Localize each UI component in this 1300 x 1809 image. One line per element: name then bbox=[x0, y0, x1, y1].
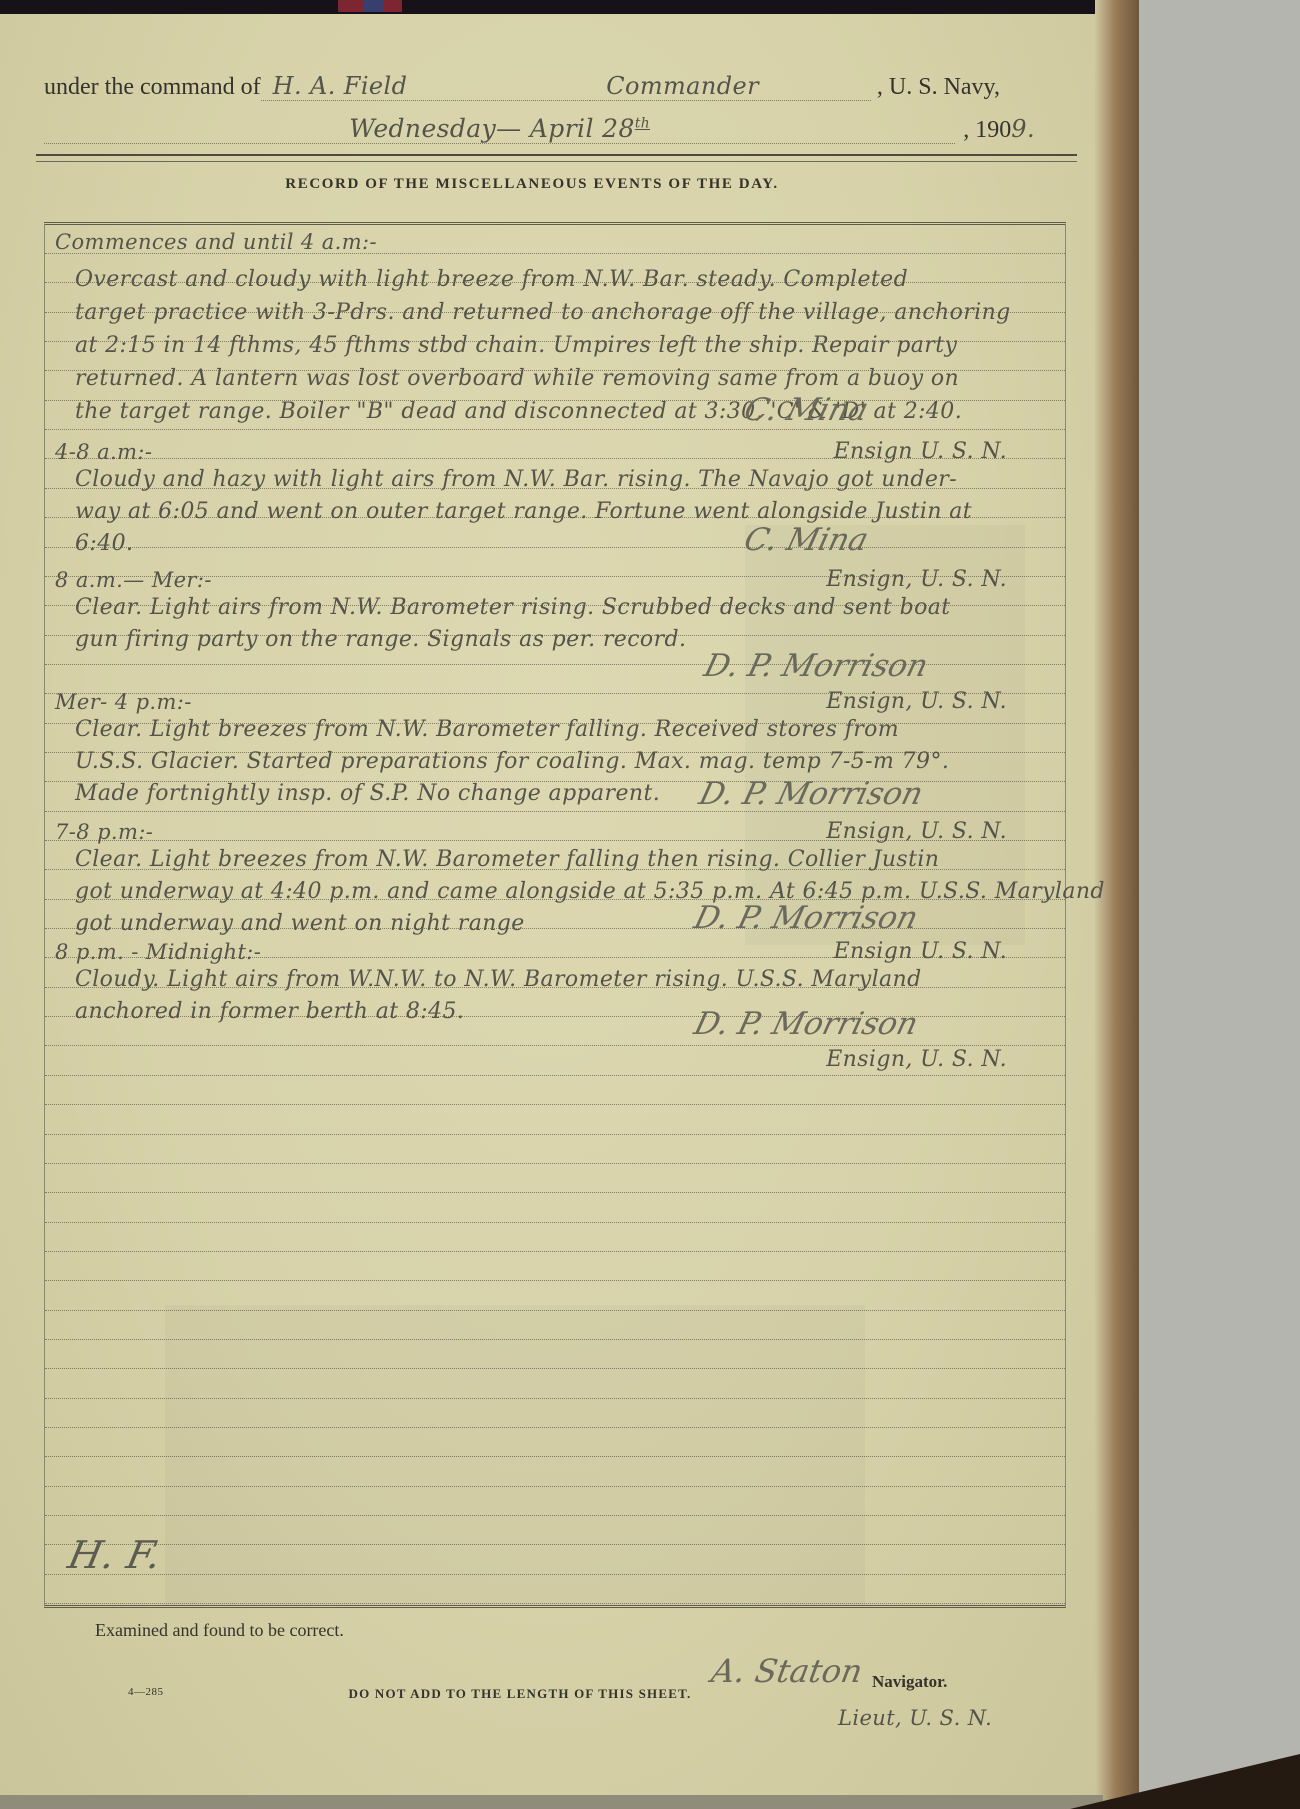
entry-header: 7-8 p.m:- Ensign, U. S. N. bbox=[55, 817, 1055, 847]
signature: D. P. Morrison bbox=[691, 1007, 922, 1041]
command-prefix-label: under the command of bbox=[44, 74, 261, 101]
entry-time-label: Commences and until 4 a.m:- bbox=[55, 227, 377, 257]
ruled-line bbox=[45, 1280, 1065, 1281]
ruled-line bbox=[45, 1192, 1065, 1193]
form-number: 4—285 bbox=[128, 1686, 164, 1698]
log-line: Cloudy. Light airs from W.N.W. to N.W. B… bbox=[75, 965, 1055, 995]
book-binding bbox=[0, 0, 1103, 14]
log-line: Clear. Light breezes from N.W. Barometer… bbox=[75, 845, 1055, 875]
signature: C. Mina bbox=[741, 393, 872, 427]
log-line: the target range. Boiler "B" dead and di… bbox=[75, 397, 1055, 427]
entry-time-label: 7-8 p.m:- bbox=[55, 817, 153, 847]
log-line: target practice with 3-Pdrs. and returne… bbox=[75, 298, 1055, 328]
signature: C. Mina bbox=[741, 523, 872, 557]
page-shadow bbox=[0, 1795, 1103, 1809]
year-digit: 9. bbox=[1011, 115, 1035, 143]
signature-rank: Ensign U. S. N. bbox=[834, 937, 1055, 967]
ruled-line bbox=[45, 1134, 1065, 1135]
signature: D. P. Morrison bbox=[696, 777, 927, 811]
header-divider bbox=[36, 154, 1077, 162]
signature-rank: Ensign, U. S. N. bbox=[826, 565, 1055, 595]
commanding-officer-initials: H. F. bbox=[64, 1533, 165, 1577]
log-line: Clear. Light breezes from N.W. Barometer… bbox=[75, 715, 1055, 745]
signature: D. P. Morrison bbox=[701, 649, 932, 683]
ruled-line bbox=[45, 1104, 1065, 1105]
log-entries-area: Commences and until 4 a.m:- Overcast and… bbox=[44, 222, 1066, 1608]
entry-header: 8 a.m.— Mer:- Ensign, U. S. N. bbox=[55, 565, 1055, 595]
signature-rank: Ensign, U. S. N. bbox=[826, 687, 1055, 717]
entry-header: 8 p.m. - Midnight:- Ensign U. S. N. bbox=[55, 937, 1055, 967]
ruled-line bbox=[45, 1163, 1065, 1164]
navigator-rank: Lieut, U. S. N. bbox=[838, 1706, 992, 1730]
log-line: at 2:15 in 14 fthms, 45 fthms stbd chain… bbox=[75, 331, 1055, 361]
navy-label: , U. S. Navy, bbox=[871, 74, 1000, 101]
navigator-label: Navigator. bbox=[872, 1672, 947, 1692]
log-line: Clear. Light airs from N.W. Barometer ri… bbox=[75, 593, 1055, 623]
log-line: 6:40. bbox=[75, 529, 1055, 559]
ruled-line bbox=[45, 429, 1065, 430]
entry-header: Mer- 4 p.m:- Ensign, U. S. N. bbox=[55, 687, 1055, 717]
date-text: Wednesday— April 28 bbox=[349, 114, 635, 143]
entry-header: 4-8 a.m:- Ensign U. S. N. bbox=[55, 437, 1055, 467]
log-line: Cloudy and hazy with light airs from N.W… bbox=[75, 465, 1055, 495]
book-headband bbox=[338, 0, 402, 12]
entry-time-label: 8 p.m. - Midnight:- bbox=[55, 937, 261, 967]
ruled-line bbox=[45, 1222, 1065, 1223]
ruled-line bbox=[45, 1251, 1065, 1252]
signature-rank: Ensign U. S. N. bbox=[834, 437, 1055, 467]
date-field: Wednesday— April 28th bbox=[44, 114, 955, 144]
signature-rank: Ensign, U. S. N. bbox=[826, 1045, 1007, 1075]
command-line: under the command of H. A. Field Command… bbox=[44, 72, 1000, 101]
entry-time-label: 4-8 a.m:- bbox=[55, 437, 152, 467]
entry-header: Commences and until 4 a.m:- bbox=[55, 227, 1055, 257]
log-line: way at 6:05 and went on outer target ran… bbox=[75, 497, 1055, 527]
bleed-through bbox=[165, 1305, 865, 1605]
navigator-signature: A. Staton bbox=[709, 1652, 866, 1690]
commander-rank-field: Commander bbox=[590, 72, 871, 101]
backdrop bbox=[1139, 0, 1300, 1809]
entry-time-label: 8 a.m.— Mer:- bbox=[55, 565, 212, 595]
page-edge bbox=[1095, 0, 1139, 1809]
log-line: Overcast and cloudy with light breeze fr… bbox=[75, 265, 1055, 295]
logbook-page: under the command of H. A. Field Command… bbox=[0, 14, 1095, 1795]
entry-time-label: Mer- 4 p.m:- bbox=[55, 687, 192, 717]
sheet-warning: DO NOT ADD TO THE LENGTH OF THIS SHEET. bbox=[310, 1686, 730, 1702]
date-ordinal: th bbox=[635, 116, 650, 132]
year-label: , 1909. bbox=[955, 115, 1035, 144]
signature: D. P. Morrison bbox=[691, 901, 922, 935]
date-line: Wednesday— April 28th , 1909. bbox=[44, 114, 1035, 144]
signature-rank: Ensign, U. S. N. bbox=[826, 817, 1055, 847]
page-title: RECORD OF THE MISCELLANEOUS EVENTS OF TH… bbox=[44, 176, 1020, 193]
year-printed: , 190 bbox=[963, 117, 1011, 143]
examined-note: Examined and found to be correct. bbox=[95, 1620, 344, 1641]
log-line: U.S.S. Glacier. Started preparations for… bbox=[75, 747, 1055, 777]
commander-name-field: H. A. Field bbox=[261, 72, 591, 101]
log-line: returned. A lantern was lost overboard w… bbox=[75, 364, 1055, 394]
